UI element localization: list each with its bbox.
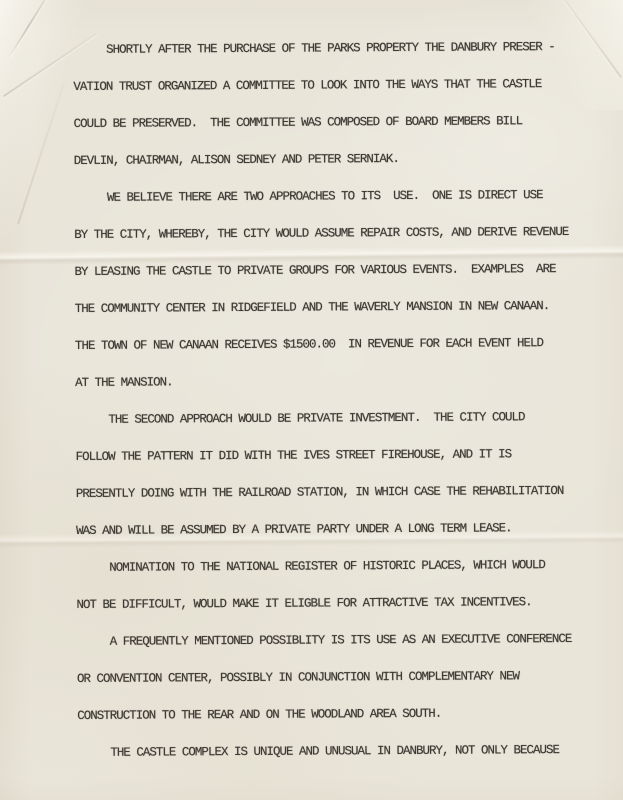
text-line: THE COMMUNITY CENTER IN RIDGEFIELD AND T… [75,288,570,328]
text-line: THE CASTLE COMPLEX IS UNIQUE AND UNUSUAL… [77,732,572,772]
text-line: THE SECOND APPROACH WOULD BE PRIVATE INV… [75,399,570,439]
top-left-crease-line [17,81,65,224]
text-line: CONSTRUCTION TO THE REAR AND ON THE WOOD… [77,695,572,735]
top-left-crease-line [8,0,48,58]
text-line: BY LEASING THE CASTLE TO PRIVATE GROUPS … [74,251,569,291]
text-line: A FREQUENTLY MENTIONED POSSIBLITY IS ITS… [77,621,572,661]
text-line: SHORTLY AFTER THE PURCHASE OF THE PARKS … [73,29,568,69]
text-line: WAS AND WILL BE ASSUMED BY A PRIVATE PAR… [76,510,571,550]
text-line: AT THE MANSION. [75,362,570,402]
document-text: SHORTLY AFTER THE PURCHASE OF THE PARKS … [73,29,572,772]
text-line: DEVLIN, CHAIRMAN, ALISON SEDNEY AND PETE… [74,140,569,180]
text-line: PRESENTLY DOING WITH THE RAILROAD STATIO… [76,473,571,513]
text-line: NOT BE DIFFICULT, WOULD MAKE IT ELIGBLE … [76,584,571,624]
text-line: FOLLOW THE PATTERN IT DID WITH THE IVES … [75,436,570,476]
text-line: VATION TRUST ORGANIZED A COMMITTEE TO LO… [73,66,568,106]
text-line: NOMINATION TO THE NATIONAL REGISTER OF H… [76,547,571,587]
document-page: SHORTLY AFTER THE PURCHASE OF THE PARKS … [0,0,623,800]
text-line: THE TOWN OF NEW CANAAN RECEIVES $1500.00… [75,325,570,365]
text-line: COULD BE PRESERVED. THE COMMITTEE WAS CO… [73,103,568,143]
text-line: WE BELIEVE THERE ARE TWO APPROACHES TO I… [74,177,569,217]
text-line: OR CONVENTION CENTER, POSSIBLY IN CONJUN… [77,658,572,698]
text-line: BY THE CITY, WHEREBY, THE CITY WOULD ASS… [74,214,569,254]
